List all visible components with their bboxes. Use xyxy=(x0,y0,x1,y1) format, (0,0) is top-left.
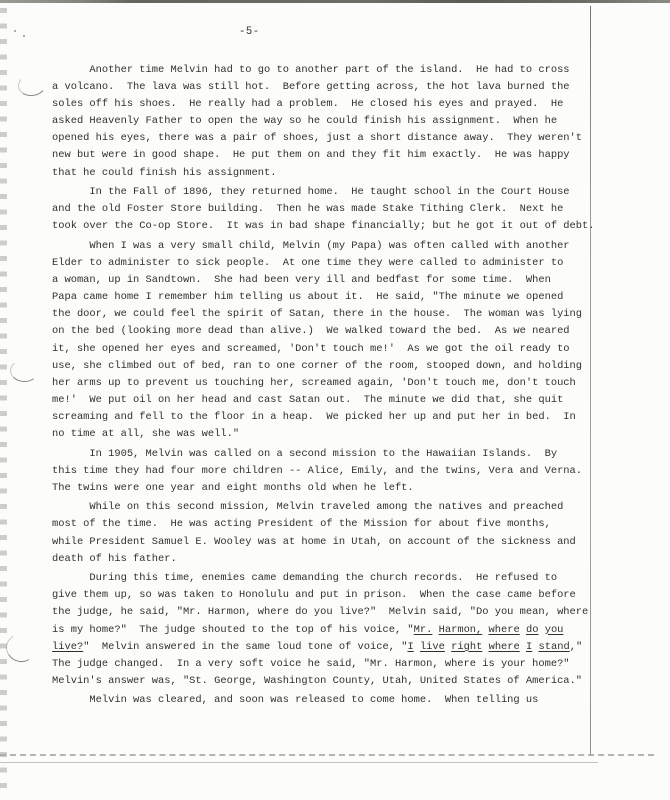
spiral-binding-edge xyxy=(0,4,7,796)
text-line: me!' We put oil on her head and cast Sat… xyxy=(52,392,597,409)
text-line: death of his father. xyxy=(52,551,597,568)
document-body: Another time Melvin had to go to another… xyxy=(52,62,597,709)
text-line: live?" Melvin answered in the same loud … xyxy=(52,639,597,656)
bottom-edge-line xyxy=(0,762,598,763)
text-line: The judge changed. In a very soft voice … xyxy=(52,656,597,673)
stray-ink-dot xyxy=(14,30,16,32)
text-line: a volcano. The lava was still hot. Befor… xyxy=(52,79,597,96)
text-line: the judge, he said, "Mr. Harmon, where d… xyxy=(52,604,597,621)
text-line: took over the Co-op Store. It was in bad… xyxy=(52,218,597,235)
scan-top-edge xyxy=(0,0,670,3)
text-line: that he could finish his assignment. xyxy=(52,165,597,182)
page-fold-line xyxy=(590,6,591,756)
page-number: -5- xyxy=(239,26,260,38)
paragraph: During this time, enemies came demanding… xyxy=(52,570,597,690)
text-line: a woman, up in Sandtown. She had been ve… xyxy=(52,272,597,289)
text-line: give them up, so was taken to Honolulu a… xyxy=(52,587,597,604)
text-line: Elder to administer to sick people. At o… xyxy=(52,255,597,272)
text-line: use, she climbed out of bed, ran to one … xyxy=(52,358,597,375)
text-line: and the old Foster Store building. Then … xyxy=(52,201,597,218)
text-line: Papa came home I remember him telling us… xyxy=(52,289,597,306)
text-line: it, she opened her eyes and screamed, 'D… xyxy=(52,341,597,358)
perforation-dashed-line xyxy=(0,754,654,756)
paragraph: In the Fall of 1896, they returned home.… xyxy=(52,184,597,235)
pen-check-mark-icon xyxy=(9,359,38,383)
text-line: soles off his shoes. He really had a pro… xyxy=(52,96,597,113)
text-line: In 1905, Melvin was called on a second m… xyxy=(52,446,597,463)
text-line: her arms up to prevent us touching her, … xyxy=(52,375,597,392)
text-line: no time at all, she was well." xyxy=(52,426,597,443)
text-line: Melvin's answer was, "St. George, Washin… xyxy=(52,673,597,690)
paragraph: While on this second mission, Melvin tra… xyxy=(52,499,597,567)
text-line: Melvin was cleared, and soon was release… xyxy=(52,692,597,709)
text-line: The twins were one year and eight months… xyxy=(52,480,597,497)
text-line: new but were in good shape. He put them … xyxy=(52,147,597,164)
paragraph: Melvin was cleared, and soon was release… xyxy=(52,692,597,709)
text-line: this time they had four more children --… xyxy=(52,463,597,480)
text-line: is my home?" The judge shouted to the to… xyxy=(52,622,597,639)
text-line: screaming and fell to the floor in a hea… xyxy=(52,409,597,426)
text-line: Another time Melvin had to go to another… xyxy=(52,62,597,79)
text-line: asked Heavenly Father to open the way so… xyxy=(52,113,597,130)
text-line: During this time, enemies came demanding… xyxy=(52,570,597,587)
text-line: most of the time. He was acting Presiden… xyxy=(52,516,597,533)
text-line: In the Fall of 1896, they returned home.… xyxy=(52,184,597,201)
paragraph: In 1905, Melvin was called on a second m… xyxy=(52,446,597,497)
paragraph: When I was a very small child, Melvin (m… xyxy=(52,238,597,443)
text-line: on the bed (looking more dead than alive… xyxy=(52,323,597,340)
text-line: while President Samuel E. Wooley was at … xyxy=(52,534,597,551)
text-line: While on this second mission, Melvin tra… xyxy=(52,499,597,516)
stray-ink-dot xyxy=(23,35,25,37)
pen-check-mark-icon xyxy=(17,72,48,98)
text-line: When I was a very small child, Melvin (m… xyxy=(52,238,597,255)
scanned-page: -5- Another time Melvin had to go to ano… xyxy=(0,0,670,800)
pen-check-mark-icon xyxy=(3,631,39,665)
text-line: opened his eyes, there was a pair of sho… xyxy=(52,130,597,147)
text-line: the door, we could feel the spirit of Sa… xyxy=(52,306,597,323)
paragraph: Another time Melvin had to go to another… xyxy=(52,62,597,182)
